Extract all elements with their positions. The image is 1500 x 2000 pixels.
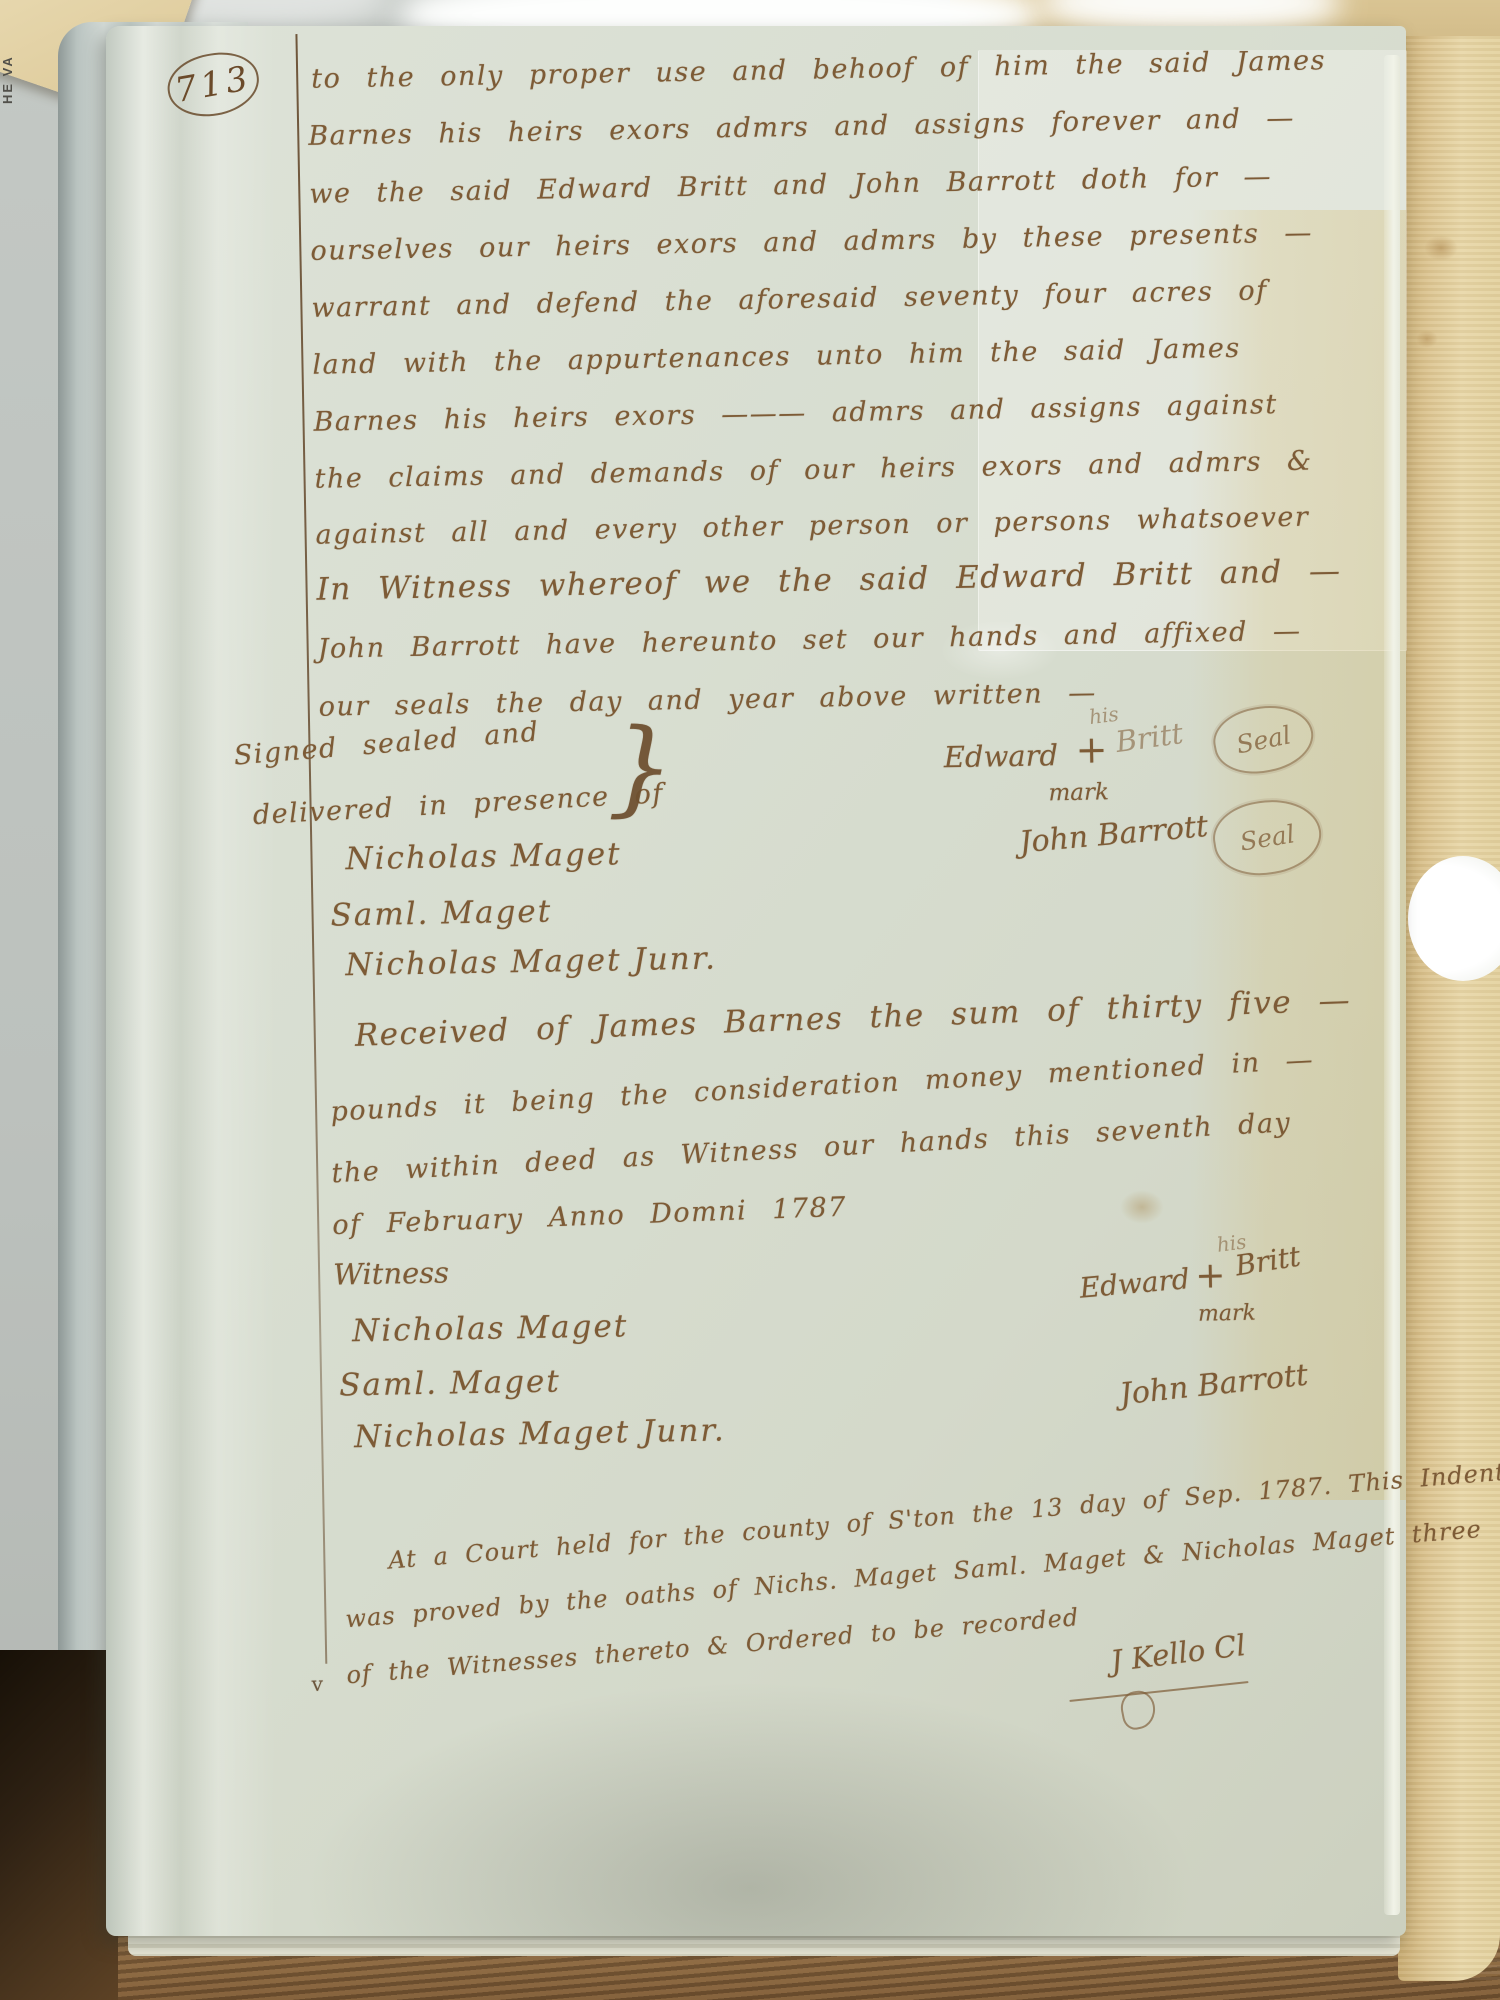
deed-line: In Witness whereof we the said Edward Br… (316, 553, 1342, 608)
signature-john-barrott: John Barrott (1118, 1358, 1310, 1413)
signature-flourish-line (1069, 1681, 1248, 1702)
deed-line: we the said Edward Britt and John Barrot… (309, 161, 1272, 210)
deed-line: Barnes his heirs exors admrs and assigns… (308, 103, 1295, 152)
signature-edward: Edward (943, 738, 1058, 774)
receipt-line: Received of James Barnes the sum of thir… (354, 982, 1351, 1054)
mark-cross: + (1195, 1255, 1226, 1297)
seal-text: Seal (1238, 819, 1297, 856)
deed-line: Barnes his heirs exors ——— admrs and ass… (313, 389, 1278, 438)
margin-rule-line (295, 34, 327, 1664)
receipt-line: of February Anno Domni 1787 (332, 1192, 848, 1241)
deed-line: our seals the day and year above written… (318, 677, 1097, 722)
his-mark-label-bottom: mark (1198, 1301, 1256, 1327)
witness-name: Nicholas Maget (345, 836, 622, 877)
wax-seal-britt: Seal (1208, 697, 1319, 781)
witness-name: Saml. Maget (339, 1363, 561, 1403)
seal-text: Seal (1234, 720, 1293, 759)
clerk-signature: J Kello Cl (1109, 1628, 1248, 1678)
attestation-brace: } (607, 705, 675, 828)
signature-edward: Edward (1078, 1262, 1191, 1305)
deed-line: ourselves our heirs exors and admrs by t… (310, 217, 1313, 266)
page-number: 713 (163, 46, 264, 123)
wax-seal-barrott: Seal (1208, 792, 1326, 882)
signature-john-barrott: John Barrott (1018, 809, 1209, 861)
handwriting-layer: 713 to the only proper use and behoof of… (0, 0, 1500, 2000)
deed-line: John Barrott have hereunto set our hands… (317, 616, 1301, 665)
witness-name: Saml. Maget (330, 894, 552, 934)
signature-britt: Britt (1113, 716, 1185, 759)
page-number-text: 713 (172, 58, 255, 111)
deed-line: to the only proper use and behoof of him… (311, 45, 1326, 95)
photo-of-deed-book-page: HE VA 713 to the only proper use and beh… (0, 0, 1500, 2000)
witness-name: Nicholas Maget Junr. (354, 1412, 726, 1455)
deed-line: warrant and defend the aforesaid seventy… (311, 275, 1268, 324)
margin-check-mark: v (311, 1672, 323, 1696)
witness-label: Witness (333, 1255, 449, 1291)
witness-name: Nicholas Maget (352, 1308, 629, 1349)
presence-clause: delivered in presence of (252, 778, 665, 831)
court-record-line: At a Court held for the county of S'ton … (387, 1454, 1500, 1574)
witness-name: Nicholas Maget Junr. (345, 941, 717, 984)
his-mark-label-bottom: mark (1048, 779, 1109, 806)
deed-line: land with the appurtenances unto him the… (312, 333, 1241, 381)
presence-clause: Signed sealed and (233, 716, 541, 771)
deed-line: against all and every other person or pe… (315, 502, 1309, 551)
mark-cross: + (1075, 727, 1108, 772)
deed-line: the claims and demands of our heirs exor… (314, 446, 1312, 495)
